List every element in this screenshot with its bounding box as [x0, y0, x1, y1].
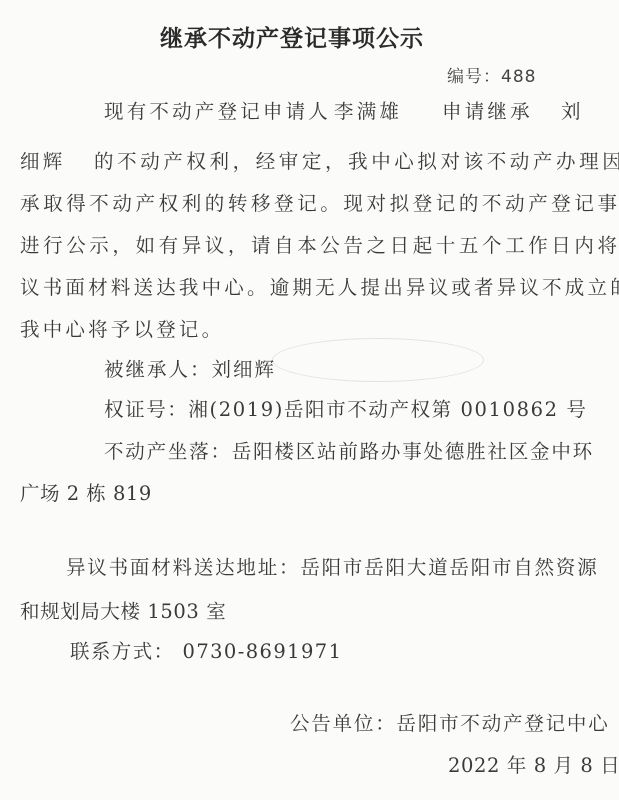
certificate-value: 湘(2019)岳阳市不动产权第 0010862 号: [188, 398, 587, 421]
location-value-line2: 广场 2 栋 819: [20, 478, 152, 506]
intro-line-1: 现有不动产登记申请人: [104, 96, 331, 124]
decedent-value: 刘细辉: [212, 358, 277, 381]
notice-document: 继承不动产登记事项公示 编号：488 现有不动产登记申请人 李满雄 申请继承 刘…: [0, 0, 619, 800]
objection-address-field: 异议书面材料送达地址：岳阳市岳阳大道岳阳市自然资源: [66, 552, 599, 580]
issue-date: 2022 年 8 月 8 日: [448, 750, 619, 778]
intro-line-5: 议书面材料送达我中心。逾期无人提出异议或者异议不成立的，: [20, 272, 619, 300]
objection-address-line1: 岳阳市岳阳大道岳阳市自然资源: [300, 556, 598, 579]
location-field: 不动产坐落：岳阳楼区站前路办事处德胜社区金中环: [104, 436, 594, 464]
contact-value: 0730-8691971: [183, 640, 343, 663]
applicant-name: 李满雄: [334, 96, 402, 124]
certificate-field: 权证号：湘(2019)岳阳市不动产权第 0010862 号: [104, 394, 588, 422]
location-label: 不动产坐落：: [104, 440, 232, 463]
document-number-label: 编号：: [447, 67, 501, 87]
contact-label: 联系方式：: [70, 640, 175, 663]
certificate-label: 权证号：: [104, 398, 188, 421]
faint-stamp-mark: [272, 338, 484, 382]
document-number-value: 488: [501, 67, 536, 87]
decedent-name-part2: 细辉: [20, 146, 65, 174]
intro-prefix: 现有不动产登记申请人: [104, 100, 331, 123]
intro-line-3: 承取得不动产权利的转移登记。现对拟登记的不动产登记事项: [20, 188, 619, 216]
intro-line-2: 的不动产权利，经审定，我中心拟对该不动产办理因继: [94, 146, 619, 174]
issuer-label: 公告单位：: [290, 712, 397, 735]
intro-line-6: 我中心将予以登记。: [20, 314, 224, 342]
contact-field: 联系方式：0730-8691971: [70, 636, 342, 664]
location-value-line1: 岳阳楼区站前路办事处德胜社区金中环: [232, 440, 594, 463]
intro-apply-inherit: 申请继承: [442, 96, 533, 124]
issuer-line: 公告单位：岳阳市不动产登记中心: [290, 708, 610, 736]
objection-address-label: 异议书面材料送达地址：: [66, 556, 300, 579]
issuer-name: 岳阳市不动产登记中心: [397, 712, 610, 735]
intro-line-4: 进行公示，如有异议，请自本公告之日起十五个工作日内将异: [20, 230, 619, 258]
objection-address-line2: 和规划局大楼 1503 室: [20, 596, 226, 624]
decedent-name-part1: 刘: [561, 96, 584, 124]
decedent-label: 被继承人：: [104, 358, 212, 381]
decedent-field: 被继承人：刘细辉: [104, 354, 276, 382]
document-title: 继承不动产登记事项公示: [160, 20, 424, 53]
document-number: 编号：488: [447, 62, 536, 87]
